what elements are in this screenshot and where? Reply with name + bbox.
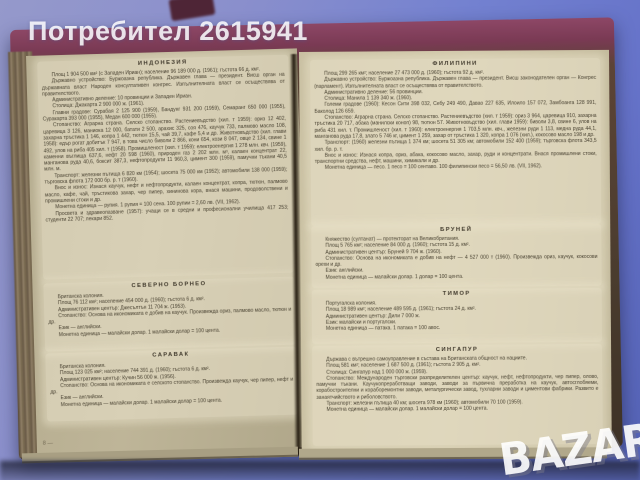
watermark-user: Потребител 2615941 — [28, 16, 308, 47]
page-number: 8 — — [43, 440, 53, 446]
country-section-brunei: БРУНЕЙ Княжество (султанат) — протектора… — [311, 224, 601, 288]
country-section-saravak: САРАВАК Британска колония. Площ 123 025 … — [45, 347, 298, 422]
entry-paragraph: Монетна единица — песо. 1 песо = 100 сен… — [315, 163, 597, 171]
listing-photo: ИНДОНЕЗИЯ Площ 1 904 500 км² (с Западен … — [0, 0, 640, 480]
country-section-indonesia: ИНДОНЕЗИЯ Площ 1 904 500 км² (с Западен … — [37, 55, 294, 280]
entry-paragraph: Стопанство: Аграрна страна. Селско стопа… — [314, 113, 596, 140]
entry-paragraph: Монетна единица — патака. 1 патака = 100… — [316, 324, 598, 332]
entry-paragraph: Монетна единица — малайски долар. 1 дола… — [316, 273, 598, 281]
country-section-timor: ТИМОР Португалска колония. Площ 18 989 к… — [312, 288, 602, 344]
country-section-severno-borneo: СЕВЕРНО БОРНЕО Британска колония. Площ 7… — [43, 277, 296, 352]
country-section-filipini: ФИЛИПИНИ Площ 299 265 км²; население 27 … — [310, 58, 601, 226]
entry-paragraph: Стопанство: Аграрна страна. Селско стопа… — [43, 116, 287, 173]
right-page: ФИЛИПИНИ Площ 299 265 км²; население 27 … — [299, 50, 612, 454]
left-page: ИНДОНЕЗИЯ Площ 1 904 500 км² (с Западен … — [26, 48, 308, 454]
entry-paragraph: Монетна единица — малайски долар. 1 мала… — [316, 405, 598, 413]
section-title: ТИМОР — [316, 290, 598, 298]
section-title: БРУНЕЙ — [315, 226, 597, 234]
section-title: ФИЛИПИНИ — [314, 60, 596, 68]
entry-paragraph: Стопанство: Международен търговски разпр… — [316, 374, 598, 401]
section-title: СИНГАПУР — [316, 346, 598, 354]
